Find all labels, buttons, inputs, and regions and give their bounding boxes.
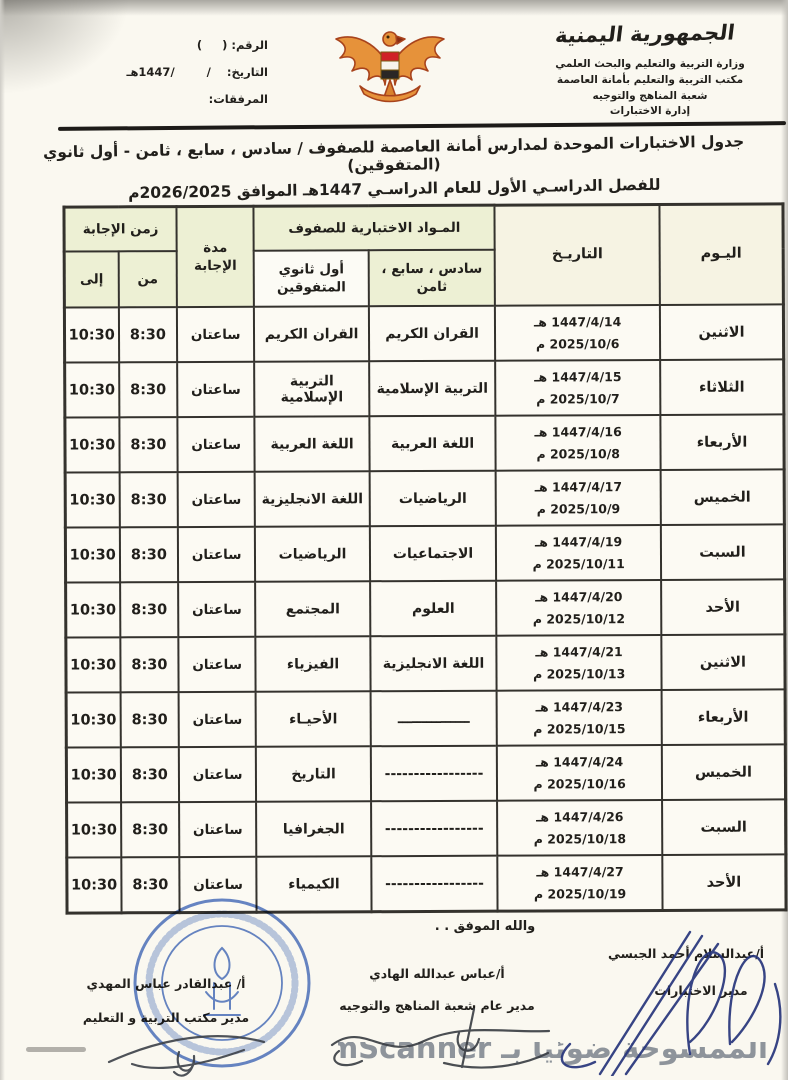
day-cell: الأحد <box>661 579 785 635</box>
schedule-table-wrap: اليـوم التاريـخ المـواد الاختبارية للصفو… <box>60 202 787 914</box>
gregorian-date: 2025/10/19 م <box>502 882 659 904</box>
date-cell: 1447/4/16 هـ2025/10/8 م <box>496 415 661 471</box>
duration-cell: ساعتان <box>179 857 257 913</box>
gregorian-date: 2025/10/8 م <box>500 442 657 464</box>
subject-basic-cell: ----------------- <box>371 856 498 912</box>
to-time-cell: 10:30 <box>67 857 122 913</box>
subject-basic-cell: القران الكريم <box>369 306 496 362</box>
hijri-date: 1447/4/17 هـ <box>500 476 657 498</box>
camscanner-watermark: الممسوحة ضوئياً بـ CamScanner <box>338 1042 768 1080</box>
from-time-cell: 8:30 <box>121 802 179 857</box>
day-cell: السبت <box>661 524 785 580</box>
date-cell: 1447/4/14 هـ2025/10/6 م <box>495 305 660 361</box>
scan-smudge <box>26 1047 86 1052</box>
col-header-time-group: زمن الإجابة <box>64 207 177 252</box>
day-cell: السبت <box>662 799 786 855</box>
gregorian-date: 2025/10/18 م <box>502 827 659 849</box>
hijri-date: 1447/4/23 هـ <box>501 696 658 718</box>
subject-secondary-cell: الأحيـاء <box>256 691 371 746</box>
subject-basic-cell: اللغة الانجليزية <box>370 636 497 692</box>
schedule-row: الأحد 1447/4/27 هـ2025/10/19 م ---------… <box>67 854 786 913</box>
to-time-cell: 10:30 <box>64 307 119 362</box>
day-cell: الاثنين <box>660 304 784 360</box>
from-time-cell: 8:30 <box>119 307 177 362</box>
date-cell: 1447/4/23 هـ2025/10/15 م <box>497 690 662 746</box>
date-cell: 1447/4/27 هـ2025/10/19 م <box>498 855 663 911</box>
schedule-row: السبت 1447/4/26 هـ2025/10/18 م ---------… <box>67 799 786 857</box>
date-cell: 1447/4/26 هـ2025/10/18 م <box>497 800 662 856</box>
day-cell: الخميس <box>661 469 785 525</box>
to-time-cell: 10:30 <box>65 417 120 472</box>
gregorian-date: 2025/10/9 م <box>500 497 657 519</box>
form-fields: الرقم: ( ) التاريخ: / /1447هـ المرفقات: <box>68 38 268 119</box>
schedule-row: الاثنين 1447/4/21 هـ2025/10/13 م اللغة ا… <box>66 634 785 692</box>
from-time-cell: 8:30 <box>119 362 177 417</box>
schedule-row: الخميس 1447/4/17 هـ2025/10/9 م الرياضيات… <box>65 469 784 527</box>
duration-cell: ساعتان <box>179 692 257 747</box>
from-time-cell: 8:30 <box>119 417 177 472</box>
field-attachments: المرفقات: <box>68 92 268 106</box>
schedule-row: الأربعاء 1447/4/16 هـ2025/10/8 م اللغة ا… <box>65 414 784 472</box>
duration-cell: ساعتان <box>179 802 257 857</box>
to-time-cell: 10:30 <box>65 362 120 417</box>
duration-cell: ساعتان <box>177 417 255 472</box>
day-cell: الأحد <box>662 854 786 910</box>
field-date-label: التاريخ: <box>227 65 268 79</box>
ministry-line-3: شعبة المناهج والتوجيه <box>516 89 784 105</box>
subject-secondary-cell: الجغرافيا <box>256 801 371 856</box>
camscanner-watermark-text: الممسوحة ضوئياً بـ CamScanner <box>338 1042 768 1065</box>
day-cell: الاثنين <box>661 634 785 690</box>
signatory-title: مدير عام شعبة المناهج والتوجيه <box>328 998 546 1013</box>
ministry-line-4: إدارة الاختبارات <box>516 104 784 120</box>
hijri-date: 1447/4/21 هـ <box>501 641 658 663</box>
col-header-day: اليـوم <box>659 204 783 305</box>
document-title: جدول الاختبارات الموحدة لمدارس أمانة الع… <box>30 132 759 203</box>
ministry-lines: وزارة التربية والتعليم والبحث العلمي مكت… <box>516 57 784 120</box>
to-time-cell: 10:30 <box>66 637 121 692</box>
day-cell: الخميس <box>662 744 786 800</box>
subject-basic-cell: الاجتماعيات <box>370 526 497 582</box>
from-time-cell: 8:30 <box>119 472 177 527</box>
col-header-date: التاريـخ <box>495 204 660 305</box>
to-time-cell: 10:30 <box>66 747 121 802</box>
republic-title: الجمهورية اليمنية <box>518 20 772 48</box>
scanned-exam-schedule-document: الجمهورية اليمنية وزارة التربية والتعليم… <box>0 0 788 1080</box>
date-cell: 1447/4/17 هـ2025/10/9 م <box>496 470 661 526</box>
from-time-cell: 8:30 <box>120 637 178 692</box>
to-time-cell: 10:30 <box>66 692 121 747</box>
gregorian-date: 2025/10/15 م <box>501 717 658 739</box>
gregorian-date: 2025/10/7 م <box>500 387 657 409</box>
schedule-row: الثلاثاء 1447/4/15 هـ2025/10/7 م التربية… <box>65 359 784 417</box>
date-cell: 1447/4/24 هـ2025/10/16 م <box>497 745 662 801</box>
subject-secondary-cell: اللغة العربية <box>255 416 370 471</box>
gregorian-date: 2025/10/11 م <box>500 552 657 574</box>
subject-secondary-cell: التربية الإسلامية <box>254 361 369 416</box>
subject-secondary-cell: المجتمع <box>255 581 370 636</box>
from-time-cell: 8:30 <box>121 857 179 913</box>
duration-cell: ساعتان <box>177 362 255 417</box>
closing-phrase: والله الموفق . . <box>420 919 550 934</box>
hijri-date: 1447/4/19 هـ <box>500 531 657 553</box>
subject-secondary-cell: الفيزياء <box>256 636 371 691</box>
day-cell: الأربعاء <box>660 414 784 470</box>
from-time-cell: 8:30 <box>120 582 178 637</box>
subject-secondary-cell: اللغة الانجليزية <box>255 471 370 526</box>
field-number: الرقم: ( ) <box>68 38 268 52</box>
ministry-line-1: وزارة التربية والتعليم والبحث العلمي <box>516 57 784 73</box>
signatory-name: أ/عباس عبدالله الهادي <box>328 966 546 981</box>
date-cell: 1447/4/21 هـ2025/10/13 م <box>497 635 662 691</box>
ministry-line-2: مكتب التربية والتعليم بأمانة العاصمة <box>516 73 784 89</box>
schedule-row: الخميس 1447/4/24 هـ2025/10/16 م --------… <box>66 744 785 802</box>
title-line-2: للفصل الدراسـي الأول للعام الدراسـي 1447… <box>30 174 758 203</box>
yemen-eagle-emblem-icon <box>330 24 450 124</box>
schedule-row: الأحد 1447/4/20 هـ2025/10/12 م العلوم ال… <box>66 579 785 637</box>
field-date-value: / /1447هـ <box>127 65 211 79</box>
from-time-cell: 8:30 <box>120 527 178 582</box>
signatory-title: مدير الاختبارات <box>616 983 786 998</box>
signatory-name: أ/عبدالسلام أحمد الجبسي <box>586 946 786 961</box>
duration-cell: ساعتان <box>178 527 256 582</box>
subject-basic-cell: ----------------- <box>371 801 498 857</box>
col-header-subjects-group: المـواد الاختبارية للصفوف <box>254 205 495 251</box>
subject-secondary-cell: القران الكريم <box>254 306 369 361</box>
subject-basic-cell: اللغة العربية <box>369 416 496 472</box>
schedule-row: السبت 1447/4/19 هـ2025/10/11 م الاجتماعي… <box>65 524 784 582</box>
day-cell: الأربعاء <box>662 689 786 745</box>
from-time-cell: 8:30 <box>120 692 178 747</box>
hijri-date: 1447/4/24 هـ <box>501 751 658 773</box>
col-header-first-secondary: أول ثانوي المتفوقين <box>254 250 369 306</box>
subject-basic-cell: ـــــــــــــــ <box>370 691 497 747</box>
col-header-duration: مدة الإجابة <box>176 206 254 307</box>
gregorian-date: 2025/10/6 م <box>499 332 656 354</box>
schedule-row: الاثنين 1447/4/14 هـ2025/10/6 م القران ا… <box>64 304 783 362</box>
hijri-date: 1447/4/20 هـ <box>500 586 657 608</box>
subject-basic-cell: الرياضيات <box>369 471 496 527</box>
hijri-date: 1447/4/27 هـ <box>502 861 659 883</box>
signature-block-office-director: أ/ عبدالقادر عباس المهدي مدير مكتب الترب… <box>66 976 266 1025</box>
field-date: التاريخ: / /1447هـ <box>68 65 268 79</box>
subject-secondary-cell: الكيمياء <box>257 856 372 912</box>
subject-secondary-cell: الرياضيات <box>255 526 370 581</box>
signatory-title: مدير مكتب التربية و التعليم <box>66 1010 266 1025</box>
scan-left-shadow <box>0 0 5 1080</box>
hijri-date: 1447/4/14 هـ <box>499 311 656 333</box>
exam-schedule-table: اليـوم التاريـخ المـواد الاختبارية للصفو… <box>62 202 787 914</box>
signatory-name: أ/ عبدالقادر عباس المهدي <box>66 976 266 991</box>
duration-cell: ساعتان <box>179 747 257 802</box>
duration-cell: ساعتان <box>178 637 256 692</box>
signature-block-curricula-director: أ/عباس عبدالله الهادي مدير عام شعبة المن… <box>328 966 546 1013</box>
subject-basic-cell: ----------------- <box>371 746 498 802</box>
gregorian-date: 2025/10/16 م <box>501 772 658 794</box>
col-header-from: من <box>118 251 176 307</box>
subject-basic-cell: العلوم <box>370 581 497 637</box>
hijri-date: 1447/4/16 هـ <box>500 421 657 443</box>
hijri-date: 1447/4/15 هـ <box>499 366 656 388</box>
duration-cell: ساعتان <box>178 472 256 527</box>
subject-basic-cell: التربية الإسلامية <box>369 361 496 417</box>
subject-secondary-cell: التاريخ <box>256 746 371 801</box>
to-time-cell: 10:30 <box>67 802 122 857</box>
to-time-cell: 10:30 <box>65 527 120 582</box>
from-time-cell: 8:30 <box>121 747 179 802</box>
to-time-cell: 10:30 <box>66 582 121 637</box>
schedule-row: الأربعاء 1447/4/23 هـ2025/10/15 م ــــــ… <box>66 689 785 747</box>
signature-block-exams-director: أ/عبدالسلام أحمد الجبسي مدير الاختبارات <box>586 946 786 998</box>
duration-cell: ساعتان <box>178 582 256 637</box>
col-header-to: إلى <box>64 251 119 307</box>
col-header-grades-6-7-8: سادس ، سابع ، ثامن <box>368 250 495 307</box>
gregorian-date: 2025/10/12 م <box>501 607 658 629</box>
signature-ink-left <box>84 1024 274 1079</box>
day-cell: الثلاثاء <box>660 359 784 415</box>
date-cell: 1447/4/15 هـ2025/10/7 م <box>495 360 660 416</box>
gregorian-date: 2025/10/13 م <box>501 662 658 684</box>
duration-cell: ساعتان <box>177 307 255 362</box>
to-time-cell: 10:30 <box>65 472 120 527</box>
date-cell: 1447/4/19 هـ2025/10/11 م <box>496 525 661 581</box>
hijri-date: 1447/4/26 هـ <box>501 806 658 828</box>
date-cell: 1447/4/20 هـ2025/10/12 م <box>496 580 661 636</box>
title-line-1: جدول الاختبارات الموحدة لمدارس أمانة الع… <box>30 132 758 179</box>
